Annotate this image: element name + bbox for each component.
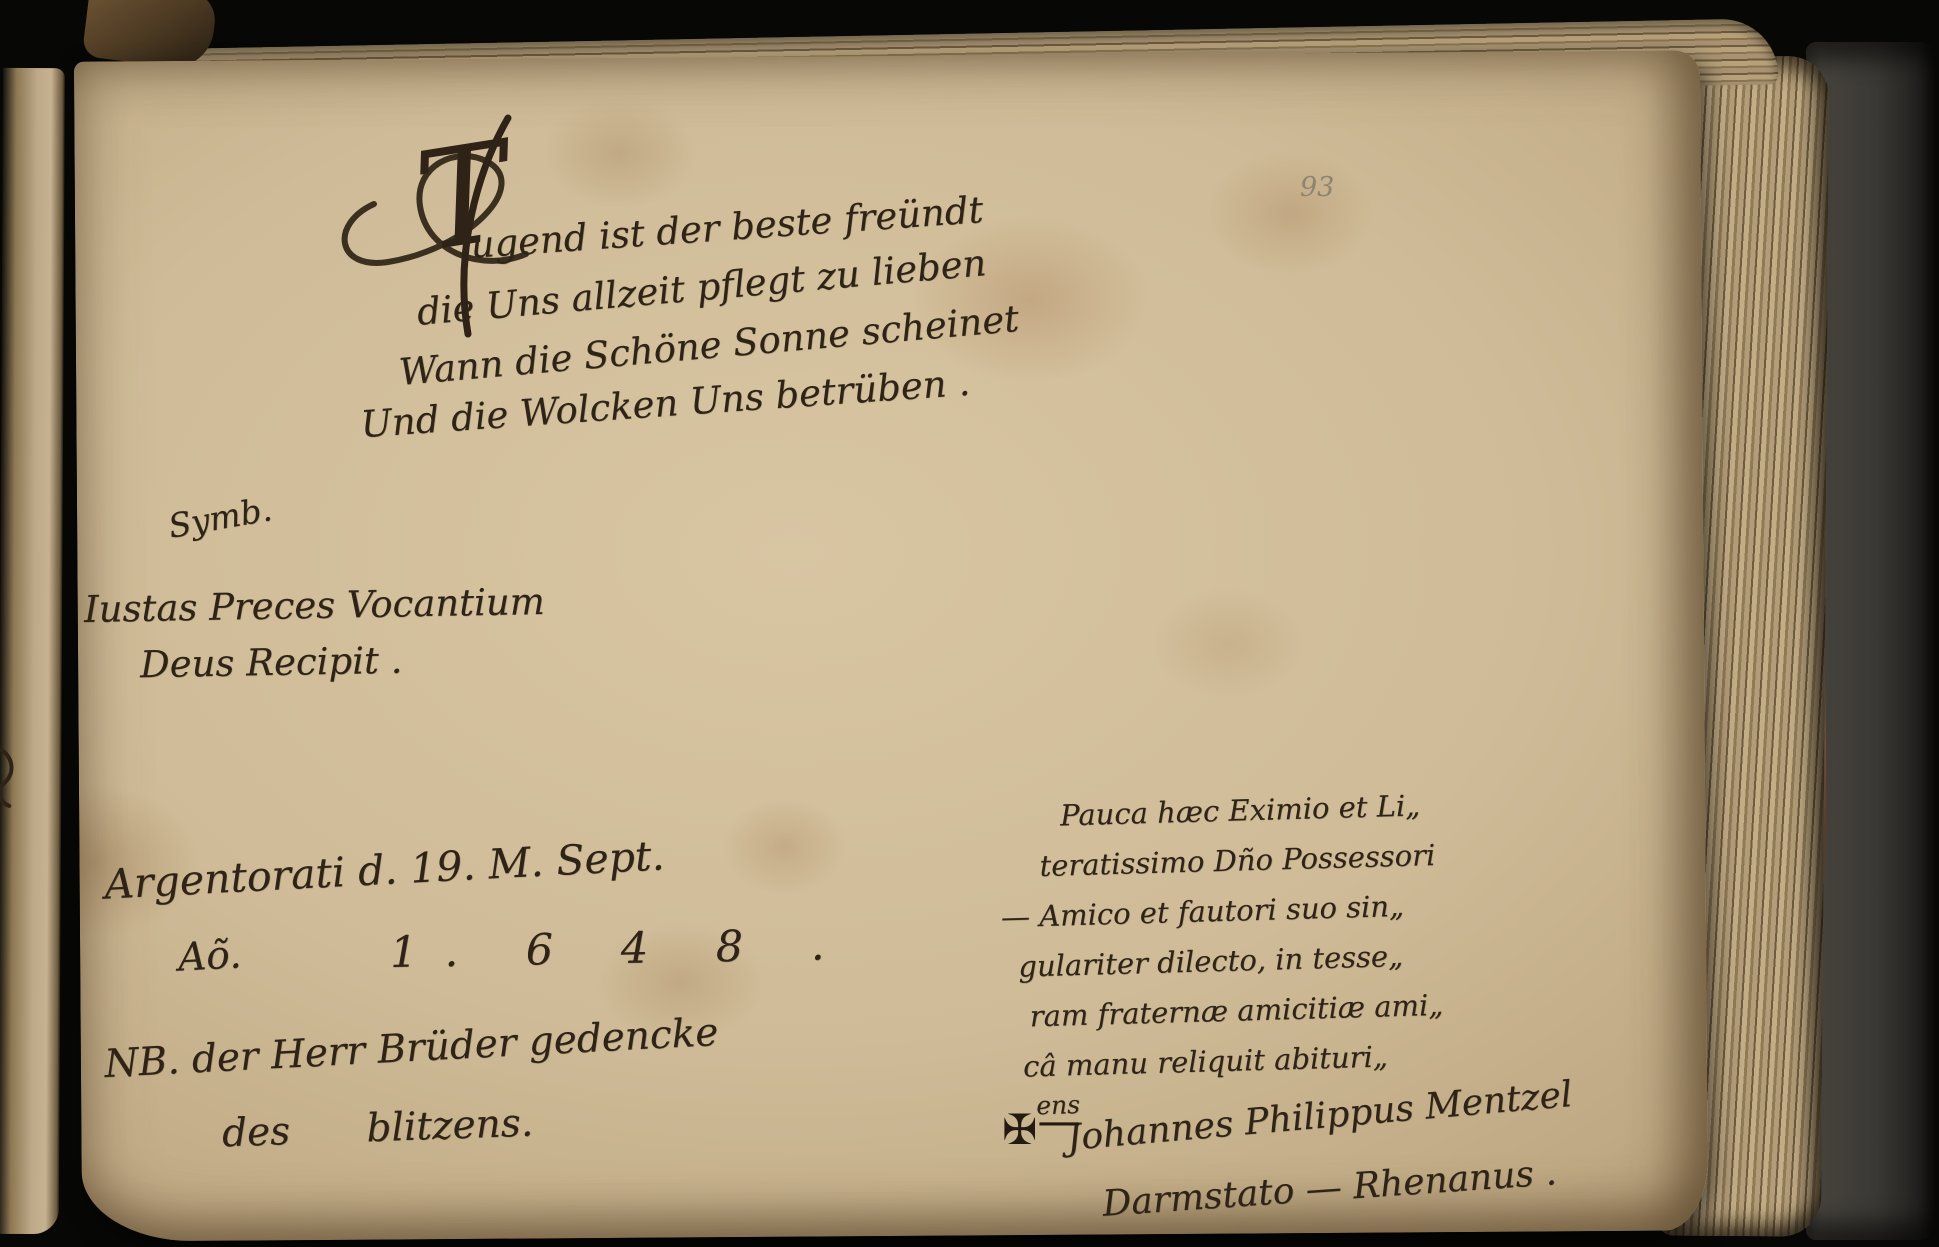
signature-mark: ✠— [1002,1096,1075,1154]
maltese-cross-icon: ✠ [1002,1105,1037,1154]
latin-dedication: Pauca hæc Eximio et Li„ teratissimo Dño … [997,780,1446,1122]
cross-dash: — [1037,1096,1075,1147]
dateline-anno-label: Aõ. [177,932,243,980]
folio-number: 93 [1300,172,1334,203]
motto-line-2: Deus Recipit . [140,639,403,687]
previous-page-edge [0,68,65,1234]
motto-line-1: Iustas Preces Vocantium [84,580,545,631]
cut-off-writing-fragment-icon [0,744,34,814]
dateline-year: 1. 6 4 8 . [390,920,852,978]
manuscript-photo: 93 T ugend ist der beste freündt die Uns… [0,0,1939,1247]
